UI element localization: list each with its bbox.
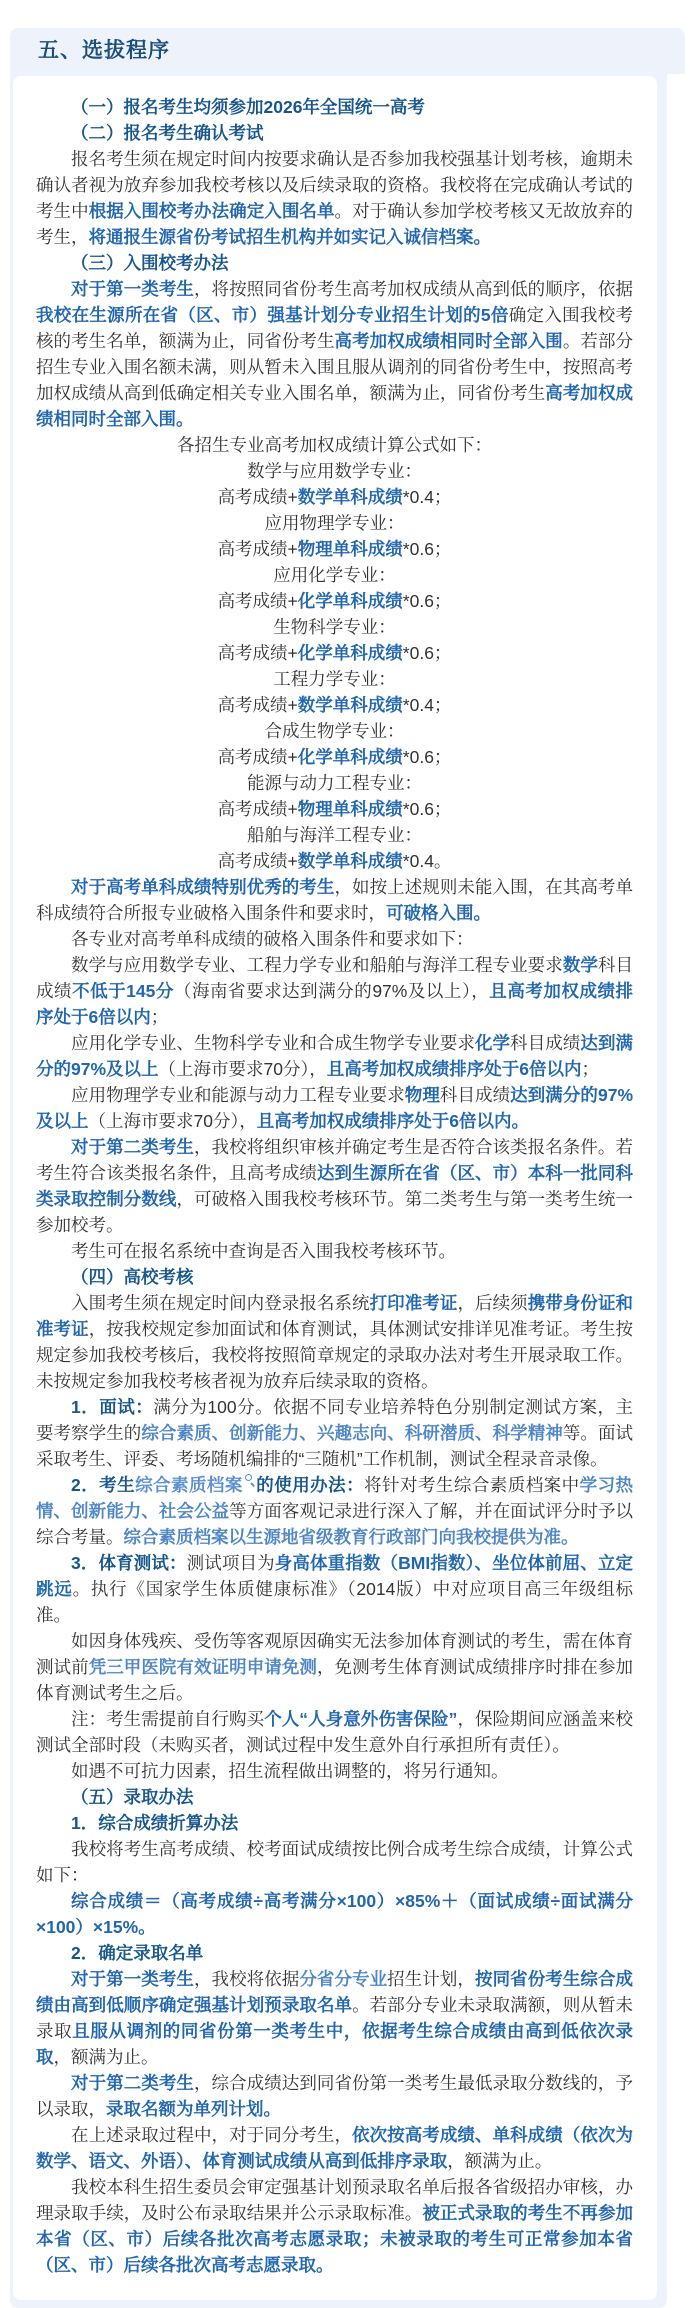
text-segment: 2．考生 <box>71 1475 135 1495</box>
text-segment: *0.6； <box>403 643 452 663</box>
text-segment: 高考成绩+ <box>218 539 298 559</box>
centered-line: 高考成绩+化学单科成绩*0.6； <box>36 588 633 614</box>
text-segment: 如遇不可抗力因素，招生流程做出调整的，将另行通知。 <box>71 1761 509 1781</box>
paragraph: 报名考生须在规定时间内按要求确认是否参加我校强基计划考核，逾期未确认者视为放弃参… <box>36 146 633 250</box>
text-segment: 3．体育测试： <box>71 1553 187 1573</box>
text-segment: 将针对考生综合素质档案中 <box>364 1475 580 1495</box>
text-segment: 科目成绩 <box>510 1033 580 1053</box>
text-segment: 数学与应用数学专业、工程力学专业和船舶与海洋工程专业要求 <box>71 955 563 975</box>
centered-line: 应用化学专业： <box>36 562 633 588</box>
centered-line: 高考成绩+数学单科成绩*0.4； <box>36 484 633 510</box>
text-segment: 高考成绩+ <box>218 851 298 871</box>
text-segment: 应用化学专业、生物科学专业和合成生物学专业要求 <box>71 1033 475 1053</box>
text-segment: ，额满为止。 <box>54 2047 159 2067</box>
text-segment: （上海市要求70分）， <box>159 1059 327 1079</box>
text-segment: 高考成绩+ <box>218 695 298 715</box>
text-segment: *0.6； <box>403 591 452 611</box>
text-segment: 分省分专业 <box>299 1969 387 1989</box>
text-segment: *0.4； <box>403 695 452 715</box>
centered-line: 高考成绩+物理单科成绩*0.6； <box>36 796 633 822</box>
text-segment: 我校在生源所在省（区、市）强基计划分专业招生计划的5倍 <box>36 305 509 325</box>
paragraph: 数学与应用数学专业、工程力学专业和船舶与海洋工程专业要求数学科目成绩不低于145… <box>36 952 633 1030</box>
paragraph: 对于第二类考生，综合成绩达到同省份第一类考生最低录取分数线的，予以录取，录取名额… <box>36 2070 633 2122</box>
text-segment: 凭三甲医院有效证明申请免测 <box>89 1657 317 1677</box>
paragraph: 注：考生需提前自行购买个人“人身意外伤害保险”，保险期间应涵盖来校测试全部时段（… <box>36 1706 633 1758</box>
text-segment: 船舶与海洋工程专业： <box>247 825 422 845</box>
content-panel: （一）报名考生均须参加2026年全国统一高考（二）报名考生确认考试报名考生须在规… <box>10 74 667 2308</box>
text-segment: 高考加权成绩相同时全部入围 <box>335 331 563 351</box>
sub-heading: 1．综合成绩折算办法 <box>36 1810 633 1836</box>
sub-heading: 2．确定录取名单 <box>36 1940 633 1966</box>
text-segment: 数学单科成绩 <box>298 487 403 507</box>
paragraph: 在上述录取过程中，对于同分考生，依次按高考成绩、单科成绩（依次为数学、语文、外语… <box>36 2122 633 2174</box>
text-segment: ，我校将依据 <box>194 1969 299 1989</box>
text-segment: 录取名额为单列计划。 <box>106 2099 281 2119</box>
text-segment: 各招生专业高考加权成绩计算公式如下： <box>177 435 492 455</box>
text-segment: 将通报生源省份考试招生机构并如实记入诚信档案。 <box>89 227 492 247</box>
text-segment: 考生可在报名系统中查询是否入围我校考核环节。 <box>71 1241 456 1261</box>
text-segment: 化学单科成绩 <box>298 643 403 663</box>
text-segment: 。执行《国家学生体质健康标准》（2014版）中对应项目高三年级组标准。 <box>36 1579 633 1625</box>
text-segment: 测试项目为 <box>187 1553 275 1573</box>
text-segment: 对于高考单科成绩特别优秀的考生 <box>71 877 334 897</box>
text-segment: 高考成绩+ <box>218 591 298 611</box>
text-segment: 能源与动力工程专业： <box>247 773 422 793</box>
text-segment: 数学单科成绩 <box>298 851 403 871</box>
text-segment: （五）录取办法 <box>71 1787 194 1807</box>
paragraph: 入围考生须在规定时间内登录报名系统打印准考证，后续须携带身份证和准考证，按我校规… <box>36 1290 633 1394</box>
term-link[interactable]: 综合素质档案 <box>135 1475 243 1495</box>
text-segment: （上海市要求70分）， <box>89 1111 257 1131</box>
centered-line: 高考成绩+物理单科成绩*0.6； <box>36 536 633 562</box>
text-segment: ； <box>581 1059 599 1079</box>
text-segment: 在上述录取过程中，对于同分考生， <box>71 2125 352 2145</box>
text-segment: 生物科学专业： <box>273 617 396 637</box>
text-segment: 综合素质、创新能力、兴趣志向、科研潜质、科学精神 <box>141 1423 562 1443</box>
text-segment: （海南省要求达到满分的97%及以上）， <box>174 981 489 1001</box>
sub-heading: （四）高校考核 <box>36 1264 633 1290</box>
text-segment: *0.4； <box>403 487 452 507</box>
sub-heading: （三）入围校考办法 <box>36 250 633 276</box>
text-segment: 物理单科成绩 <box>298 799 403 819</box>
centered-line: 高考成绩+数学单科成绩*0.4； <box>36 692 633 718</box>
text-segment: （四）高校考核 <box>71 1267 194 1287</box>
text-segment: 入围考生须在规定时间内登录报名系统 <box>71 1293 370 1313</box>
text-segment: *0.4。 <box>403 851 452 871</box>
centered-line: 各招生专业高考加权成绩计算公式如下： <box>36 432 633 458</box>
text-segment: 2．确定录取名单 <box>71 1943 203 1963</box>
text-segment: 化学单科成绩 <box>298 591 403 611</box>
text-segment: 根据入围校考办法确定入围名单 <box>89 201 335 221</box>
paragraph: 对于第一类考生，我校将依据分省分专业招生计划，按同省份考生综合成绩由高到低顺序确… <box>36 1966 633 2070</box>
text-segment: 应用物理学专业和能源与动力工程专业要求 <box>71 1085 405 1105</box>
centered-line: 生物科学专业： <box>36 614 633 640</box>
text-segment: ，后续须 <box>457 1293 527 1313</box>
text-segment: 应用化学专业： <box>273 565 396 585</box>
text-segment: 对于第一类考生 <box>71 279 194 299</box>
paragraph: 3．体育测试：测试项目为身高体重指数（BMI指数）、坐位体前屈、立定跳远。执行《… <box>36 1550 633 1628</box>
text-segment: 注：考生需提前自行购买 <box>71 1709 264 1729</box>
text-segment: ，额满为止。 <box>447 2151 552 2171</box>
text-segment: 综合成绩＝（高考成绩÷高考满分×100）×85%＋（面试成绩÷面试满分×100）… <box>36 1891 633 1937</box>
text-segment: 各专业对高考单科成绩的破格入围条件和要求如下： <box>71 929 474 949</box>
section-title-bar: 五、选拔程序 <box>10 28 685 74</box>
text-segment: 科目成绩 <box>440 1085 510 1105</box>
paragraph: 2．考生综合素质档案的使用办法：将针对考生综合素质档案中学习热情、创新能力、社会… <box>36 1472 633 1550</box>
text-segment: 的使用办法： <box>256 1475 364 1495</box>
paragraph: 应用化学专业、生物科学专业和合成生物学专业要求化学科目成绩达到满分的97%及以上… <box>36 1030 633 1082</box>
text-segment: ，按我校规定参加面试和体育测试，具体测试安排详见准考证。考生按规定参加我校考核后… <box>36 1319 633 1391</box>
paragraph: 对于第一类考生，将按照同省份考生高考加权成绩从高到低的顺序，依据我校在生源所在省… <box>36 276 633 432</box>
centered-line: 船舶与海洋工程专业： <box>36 822 633 848</box>
text-segment: 1．综合成绩折算办法 <box>71 1813 238 1833</box>
text-segment: 可破格入围。 <box>386 903 491 923</box>
paragraph: 应用物理学专业和能源与动力工程专业要求物理科目成绩达到满分的97%及以上（上海市… <box>36 1082 633 1134</box>
text-segment: 打印准考证 <box>370 1293 458 1313</box>
selection-procedure-section: 五、选拔程序 （一）报名考生均须参加2026年全国统一高考（二）报名考生确认考试… <box>0 0 690 2308</box>
text-segment: 工程力学专业： <box>273 669 396 689</box>
text-segment: 高考成绩+ <box>218 643 298 663</box>
centered-line: 合成生物学专业： <box>36 718 633 744</box>
text-segment: 高考成绩+ <box>218 799 298 819</box>
text-segment: 且高考加权成绩排序处于6倍以内。 <box>257 1111 529 1131</box>
text-segment: 物理 <box>405 1085 440 1105</box>
text-segment: 数学 <box>563 955 598 975</box>
text-segment: 数学单科成绩 <box>298 695 403 715</box>
text-segment: 高考成绩+ <box>218 487 298 507</box>
paragraph: 各专业对高考单科成绩的破格入围条件和要求如下： <box>36 926 633 952</box>
text-segment: 对于第二类考生 <box>71 1137 194 1157</box>
text-segment: *0.6； <box>403 539 452 559</box>
text-segment: 物理单科成绩 <box>298 539 403 559</box>
text-segment: 且高考加权成绩排序处于6倍以内 <box>327 1059 582 1079</box>
paragraph: 如遇不可抗力因素，招生流程做出调整的，将另行通知。 <box>36 1758 633 1784</box>
section-title: 五、选拔程序 <box>38 28 170 74</box>
centered-line: 高考成绩+化学单科成绩*0.6； <box>36 640 633 666</box>
paragraph: 我校本科生招生委员会审定强基计划预录取名单后报各省级招办审核，办理录取手续，及时… <box>36 2174 633 2278</box>
text-segment: 应用物理学专业： <box>265 513 405 533</box>
text-segment: 招生计划， <box>387 1969 475 1989</box>
sub-heading: （一）报名考生均须参加2026年全国统一高考 <box>36 94 633 120</box>
text-segment: 不低于145分 <box>72 981 174 1001</box>
sub-heading: （五）录取办法 <box>36 1784 633 1810</box>
paragraph: 1．面试：满分为100分。依据不同专业培养特色分别制定测试方案，主要考察学生的综… <box>36 1394 633 1472</box>
search-icon <box>244 1473 255 1486</box>
text-segment: 化学单科成绩 <box>298 747 403 767</box>
text-segment: 高考成绩+ <box>218 747 298 767</box>
text-segment: ； <box>151 1007 169 1027</box>
text-segment: *0.6； <box>403 799 452 819</box>
text-segment: 综合素质档案以生源地省级教育行政部门向我校提供为准。 <box>124 1527 579 1547</box>
text-segment: 1．面试： <box>71 1397 153 1417</box>
paragraph: 如因身体残疾、受伤等客观原因确实无法参加体育测试的考生，需在体育测试前凭三甲医院… <box>36 1628 633 1706</box>
content-card: （一）报名考生均须参加2026年全国统一高考（二）报名考生确认考试报名考生须在规… <box>13 76 657 2300</box>
centered-line: 数学与应用数学专业： <box>36 458 633 484</box>
text-segment: （一）报名考生均须参加2026年全国统一高考 <box>71 97 425 117</box>
centered-line: 能源与动力工程专业： <box>36 770 633 796</box>
centered-line: 应用物理学专业： <box>36 510 633 536</box>
paragraph: 对于第二类考生，我校将组织审核并确定考生是否符合该类报名条件。若考生符合该类报名… <box>36 1134 633 1238</box>
text-segment: 化学 <box>475 1033 510 1053</box>
text-segment: （二）报名考生确认考试 <box>71 123 264 143</box>
centered-line: 高考成绩+数学单科成绩*0.4。 <box>36 848 633 874</box>
paragraph: 我校将考生高考成绩、校考面试成绩按比例合成考生综合成绩，计算公式如下： <box>36 1836 633 1888</box>
paragraph: 考生可在报名系统中查询是否入围我校考核环节。 <box>36 1238 633 1264</box>
paragraph: 对于高考单科成绩特别优秀的考生，如按上述规则未能入围，在其高考单科成绩符合所报专… <box>36 874 633 926</box>
centered-line: 工程力学专业： <box>36 666 633 692</box>
text-segment: 数学与应用数学专业： <box>247 461 422 481</box>
text-segment: 我校将考生高考成绩、校考面试成绩按比例合成考生综合成绩，计算公式如下： <box>36 1839 633 1885</box>
sub-heading: （二）报名考生确认考试 <box>36 120 633 146</box>
paragraph: 综合成绩＝（高考成绩÷高考满分×100）×85%＋（面试成绩÷面试满分×100）… <box>36 1888 633 1940</box>
text-segment: （三）入围校考办法 <box>71 253 229 273</box>
text-segment: *0.6； <box>403 747 452 767</box>
text-segment: 对于第二类考生 <box>71 2073 194 2093</box>
text-segment: ，将按照同省份考生高考加权成绩从高到低的顺序，依据 <box>194 279 633 299</box>
text-segment: 合成生物学专业： <box>265 721 405 741</box>
centered-line: 高考成绩+化学单科成绩*0.6； <box>36 744 633 770</box>
text-segment: 个人“人身意外伤害保险” <box>264 1709 457 1729</box>
text-segment: 对于第一类考生 <box>71 1969 194 1989</box>
